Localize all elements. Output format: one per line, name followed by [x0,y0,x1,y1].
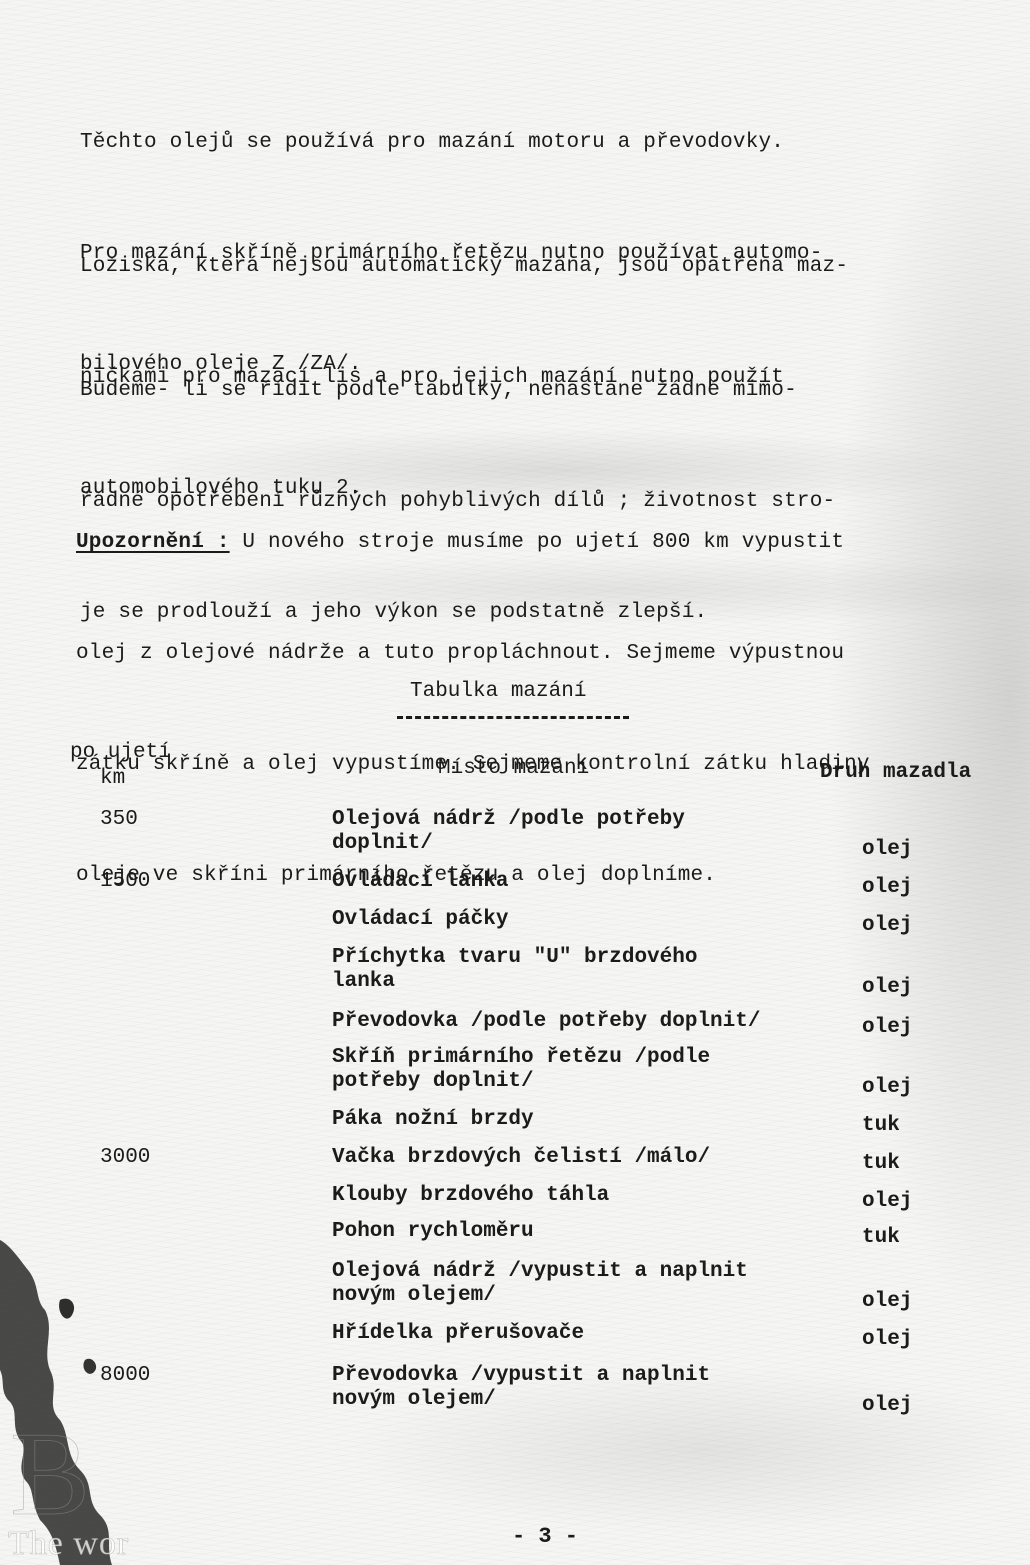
text-line: Budeme- li se řídit podle tabulky, nenas… [80,372,835,409]
row-km: 3000 [100,1146,150,1170]
row-place: Hřídelka přerušovače [332,1322,584,1346]
row-lubricant: olej [862,1394,912,1418]
warning-label: Upozornění : [76,531,230,554]
column-header-place: Místo mazání [438,756,589,782]
row-place: Olejová nádrž /vypustit a naplnit novým … [332,1260,748,1308]
row-km: 8000 [100,1364,150,1388]
row-lubricant: olej [862,1328,912,1352]
row-place: Příchytka tvaru "U" brzdového lanka [332,946,697,994]
row-lubricant: olej [862,1290,912,1314]
row-place: Převodovka /podle potřeby doplnit/ [332,1010,760,1034]
row-place: Páka nožní brzdy [332,1108,534,1132]
row-lubricant: olej [862,914,912,938]
row-lubricant: tuk [862,1114,900,1138]
text-line: Těchto olejů se používá pro mazání motor… [80,124,823,161]
column-header-km: po ujetí km [70,740,200,792]
title-underline [397,716,629,719]
column-header-km-line1: po ujetí [70,740,200,766]
text-line: olej z olejové nádrže a tuto propláchnou… [76,635,870,672]
row-place: Pohon rychloměru [332,1220,534,1244]
watermark-text: The wor [8,1525,129,1563]
row-lubricant: olej [862,1016,912,1040]
row-lubricant: olej [862,876,912,900]
row-lubricant: olej [862,1190,912,1214]
row-lubricant: olej [862,838,912,862]
row-place: Klouby brzdového táhla [332,1184,609,1208]
row-km: 1500 [100,870,150,894]
row-lubricant: tuk [862,1226,900,1250]
table-title: Tabulka mazání [410,680,586,703]
row-place: Převodovka /vypustit a naplnit novým ole… [332,1364,710,1412]
page-number: - 3 - [512,1524,578,1549]
column-header-km-line2: km [70,766,200,792]
warning-line-rest: U nového stroje musíme po ujetí 800 km v… [230,531,845,554]
row-place: Olejová nádrž /podle potřeby doplnit/ [332,808,685,856]
row-lubricant: olej [862,1076,912,1100]
row-km: 350 [100,808,138,832]
text-line: Ložiska, která nejsou automaticky mazána… [80,248,848,285]
row-place: Ovládací lanka [332,870,508,894]
row-lubricant: tuk [862,1152,900,1176]
row-place: Skříň primárního řetězu /podle potřeby d… [332,1046,710,1094]
row-place: Ovládací páčky [332,908,508,932]
row-lubricant: olej [862,976,912,1000]
column-header-lubricant: Druh mazadla [820,760,971,786]
watermark-logo: B [10,1405,90,1543]
text-line: Upozornění : U nového stroje musíme po u… [76,524,870,561]
row-place: Vačka brzdových čelistí /málo/ [332,1146,710,1170]
